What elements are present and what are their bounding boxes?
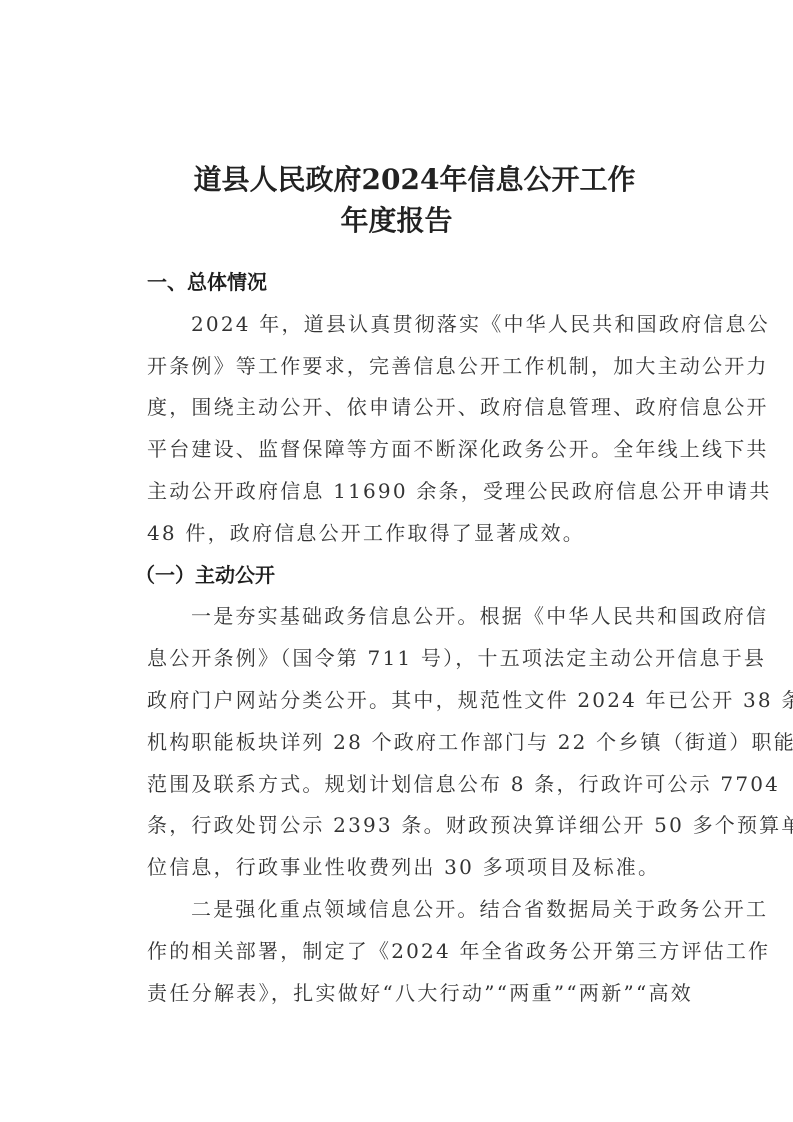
paragraph-line: 主动公开政府信息 11690 余条，受理公民政府信息公开申请共 xyxy=(103,471,693,513)
paragraph-line: 条，行政处罚公示 2393 条。财政预决算详细公开 50 多个预算单 xyxy=(103,805,693,847)
document-page: 道县人民政府2024年信息公开工作 年度报告 一、总体情况 2024 年，道县认… xyxy=(0,0,793,1122)
paragraph-line: 48 件，政府信息公开工作取得了显著成效。 xyxy=(103,513,693,555)
key-area-disclosure-paragraph: 二是强化重点领域信息公开。结合省数据局关于政务公开工 作的相关部署，制定了《20… xyxy=(103,889,693,1014)
paragraph-line: 责任分解表》，扎实做好“八大行动”“两重”“两新”“高效 xyxy=(103,973,693,1015)
paragraph-line: 息公开条例》（国令第 711 号），十五项法定主动公开信息于县 xyxy=(103,638,693,680)
paragraph-line: 机构职能板块详列 28 个政府工作部门与 22 个乡镇（街道）职能 xyxy=(103,722,693,764)
overview-paragraph: 2024 年，道县认真贯彻落实《中华人民共和国政府信息公 开条例》等工作要求，完… xyxy=(103,304,693,555)
paragraph-line: 作的相关部署，制定了《2024 年全省政务公开第三方评估工作 xyxy=(103,931,693,973)
paragraph-line: 位信息，行政事业性收费列出 30 多项项目及标准。 xyxy=(103,847,693,889)
paragraph-line: 度，围绕主动公开、依申请公开、政府信息管理、政府信息公开 xyxy=(103,387,693,429)
paragraph-line: 开条例》等工作要求，完善信息公开工作机制，加大主动公开力 xyxy=(103,346,693,388)
report-body: 一、总体情况 2024 年，道县认真贯彻落实《中华人民共和国政府信息公 开条例》… xyxy=(103,262,693,1014)
paragraph-line: 平台建设、监督保障等方面不断深化政务公开。全年线上线下共 xyxy=(103,429,693,471)
report-title-line-2: 年度报告 xyxy=(0,201,793,241)
paragraph-line: 2024 年，道县认真贯彻落实《中华人民共和国政府信息公 xyxy=(103,304,693,346)
paragraph-line: 一是夯实基础政务信息公开。根据《中华人民共和国政府信 xyxy=(103,596,693,638)
subsection-heading-proactive-disclosure: （一）主动公开 xyxy=(103,555,693,597)
basic-info-disclosure-paragraph: 一是夯实基础政务信息公开。根据《中华人民共和国政府信 息公开条例》（国令第 71… xyxy=(103,596,693,889)
section-heading-overview: 一、总体情况 xyxy=(103,262,693,304)
paragraph-line: 政府门户网站分类公开。其中，规范性文件 2024 年已公开 38 条， xyxy=(103,680,693,722)
paragraph-line: 范围及联系方式。规划计划信息公布 8 条，行政许可公示 7704 xyxy=(103,764,693,806)
report-title-line-1: 道县人民政府2024年信息公开工作 xyxy=(18,160,793,200)
paragraph-line: 二是强化重点领域信息公开。结合省数据局关于政务公开工 xyxy=(103,889,693,931)
